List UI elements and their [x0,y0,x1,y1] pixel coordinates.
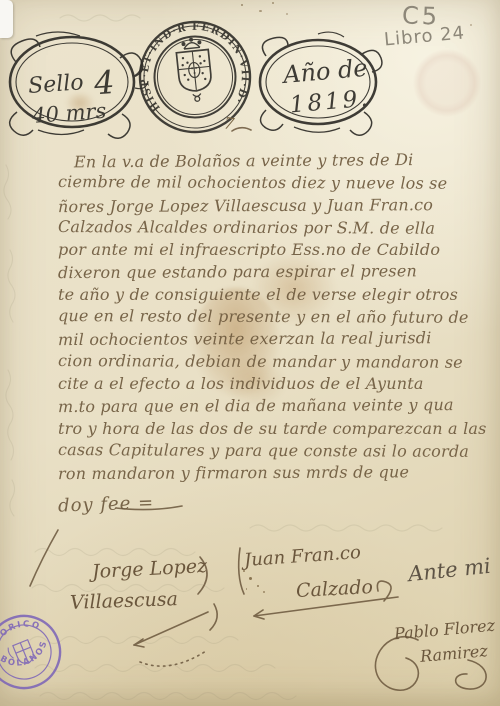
signature-rubrics [0,0,500,706]
svg-text:BOLANOS: BOLANOS [0,636,56,677]
manuscript-page: Sello 4 40 mrs HISP·ET·IND·REX FERDIN·VI… [0,0,500,706]
corner-sticker [0,0,13,38]
archive-stamp-bottom-text: BOLANOS [0,636,56,677]
